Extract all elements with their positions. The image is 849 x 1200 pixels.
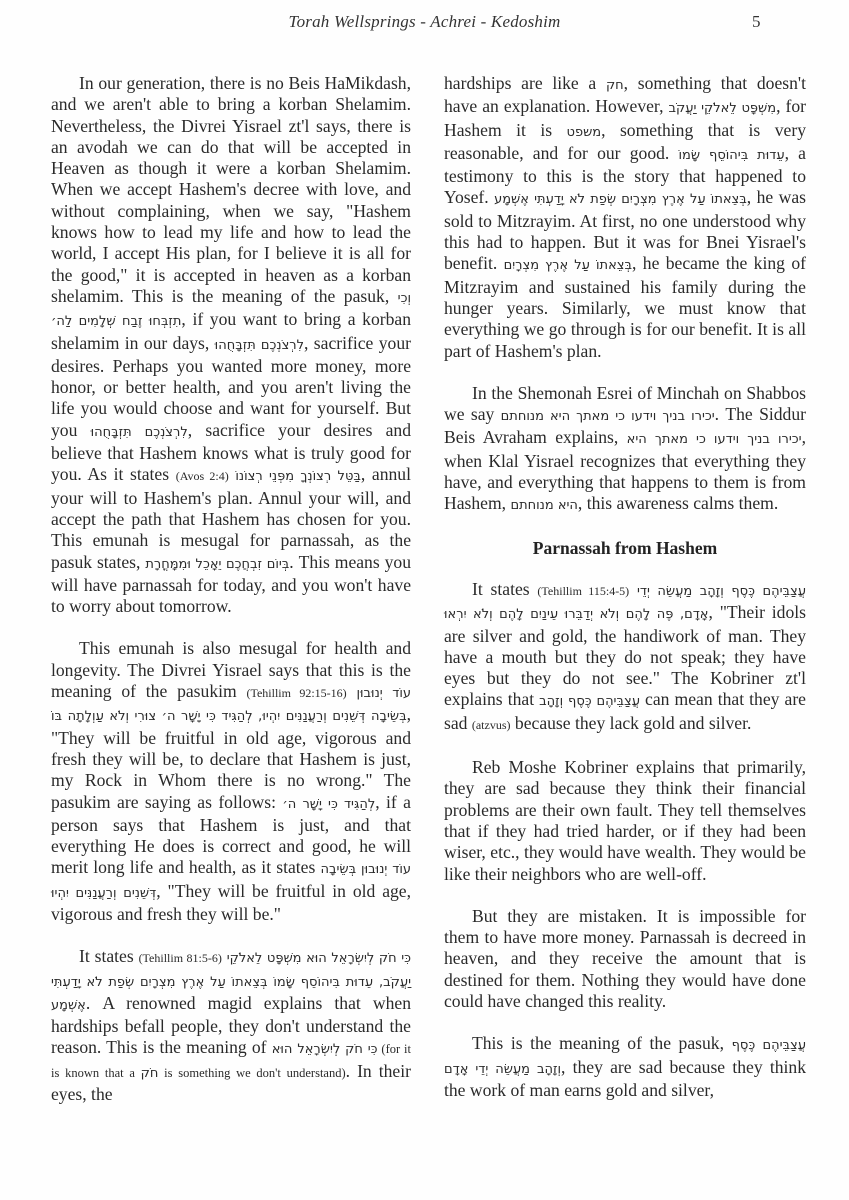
hebrew-quote: היא מנוחתם <box>510 498 577 513</box>
text: It states <box>472 579 537 599</box>
hebrew-quote: בְּיוֹם זִבְחֲכֶם יֵאָכֵל וּמִמָּחֳרָת <box>145 557 289 572</box>
page-number: 5 <box>752 12 761 32</box>
hebrew-quote: לִרְצֹנְכֶם תִּזְבָּחֻהוּ <box>215 338 304 353</box>
text: This is the meaning of the pasuk, <box>472 1033 732 1053</box>
left-column: In our generation, there is no Beis HaMi… <box>51 73 411 1126</box>
hebrew-quote: לְהַגִּיד כִּי יָשָׁר ה׳ <box>282 797 375 812</box>
hebrew-quote: עֲצַבֵּיהֶם כֶּסֶף וְזָהָב <box>539 694 640 709</box>
paragraph-shemonah-esrei: In the Shemonah Esrei of Minchah on Shab… <box>444 383 806 517</box>
hebrew-quote: בַּטֵּל רְצוֹנְךָ מִפְּנֵי רְצוֹנוֹ <box>235 469 361 484</box>
hebrew-quote: בְּצֵאתוֹ עַל אֶרֶץ מִצְרָיִם <box>504 258 632 273</box>
source-reference: (Tehillim 92:15-16) <box>246 686 346 700</box>
text: In our generation, there is no Beis HaMi… <box>51 73 411 306</box>
paragraph-chok-mishpat: It states (Tehillim 81:5-6) כִּי חֹק לְי… <box>51 946 411 1105</box>
paragraph-korban-shelamim: In our generation, there is no Beis HaMi… <box>51 73 411 617</box>
hebrew-quote: עֵדוּת בִּיהוֹסֵף שָׂמוֹ <box>679 148 785 163</box>
source-reference: (atzvus) <box>472 718 511 732</box>
hebrew-quote: חֹק <box>141 1066 159 1081</box>
text: hardships are like a <box>444 73 606 93</box>
source-reference: (Tehillim 115:4-5) <box>537 584 629 598</box>
parenthetical: is something we don't understand) <box>158 1066 345 1080</box>
right-column: hardships are like a חק, something that … <box>444 73 806 1122</box>
paragraph-health-longevity: This emunah is also mesugal for health a… <box>51 638 411 925</box>
paragraph-yosef-story: hardships are like a חק, something that … <box>444 73 806 362</box>
page-header: Torah Wellsprings - Achrei - Kedoshim 5 <box>0 6 849 36</box>
paragraph-meaning-pasuk: This is the meaning of the pasuk, עֲצַבֵ… <box>444 1033 806 1101</box>
section-heading: Parnassah from Hashem <box>444 538 806 559</box>
text: It states <box>79 946 139 966</box>
text: , this awareness calms them. <box>578 493 778 513</box>
hebrew-quote: מִשְׁפָּט לֵאלֹקֵי יַעֲקֹב <box>669 101 777 116</box>
document-page: Torah Wellsprings - Achrei - Kedoshim 5 … <box>0 0 849 1200</box>
hebrew-quote: יכירו בניך וידעו כי מאתך היא מנוחתם <box>501 409 715 424</box>
paragraph-mistaken: But they are mistaken. It is impossible … <box>444 906 806 1012</box>
source-reference: (Tehillim 81:5-6) <box>139 951 222 965</box>
hebrew-quote: חק <box>606 78 624 93</box>
source-reference: (Avos 2:4) <box>176 469 229 483</box>
hebrew-quote: משפט <box>567 125 602 140</box>
hebrew-quote: כִּי חֹק לְיִשְׂרָאֵל הוּא <box>272 1042 378 1057</box>
paragraph-idols: It states (Tehillim 115:4-5) עֲצַבֵּיהֶם… <box>444 579 806 736</box>
hebrew-quote: יכירו בניך וידעו כי מאתך היא <box>627 432 802 447</box>
hebrew-quote: לִרְצֹנְכֶם תִּזְבָּחֻהוּ <box>91 425 188 440</box>
text: because they lack gold and silver. <box>511 713 752 733</box>
hebrew-quote: בְּצֵאתוֹ עַל אֶרֶץ מִצְרָיִם שְׂפַת לֹא… <box>494 192 747 207</box>
paragraph-kobriner: Reb Moshe Kobriner explains that primari… <box>444 757 806 885</box>
running-title: Torah Wellsprings - Achrei - Kedoshim <box>0 12 849 32</box>
